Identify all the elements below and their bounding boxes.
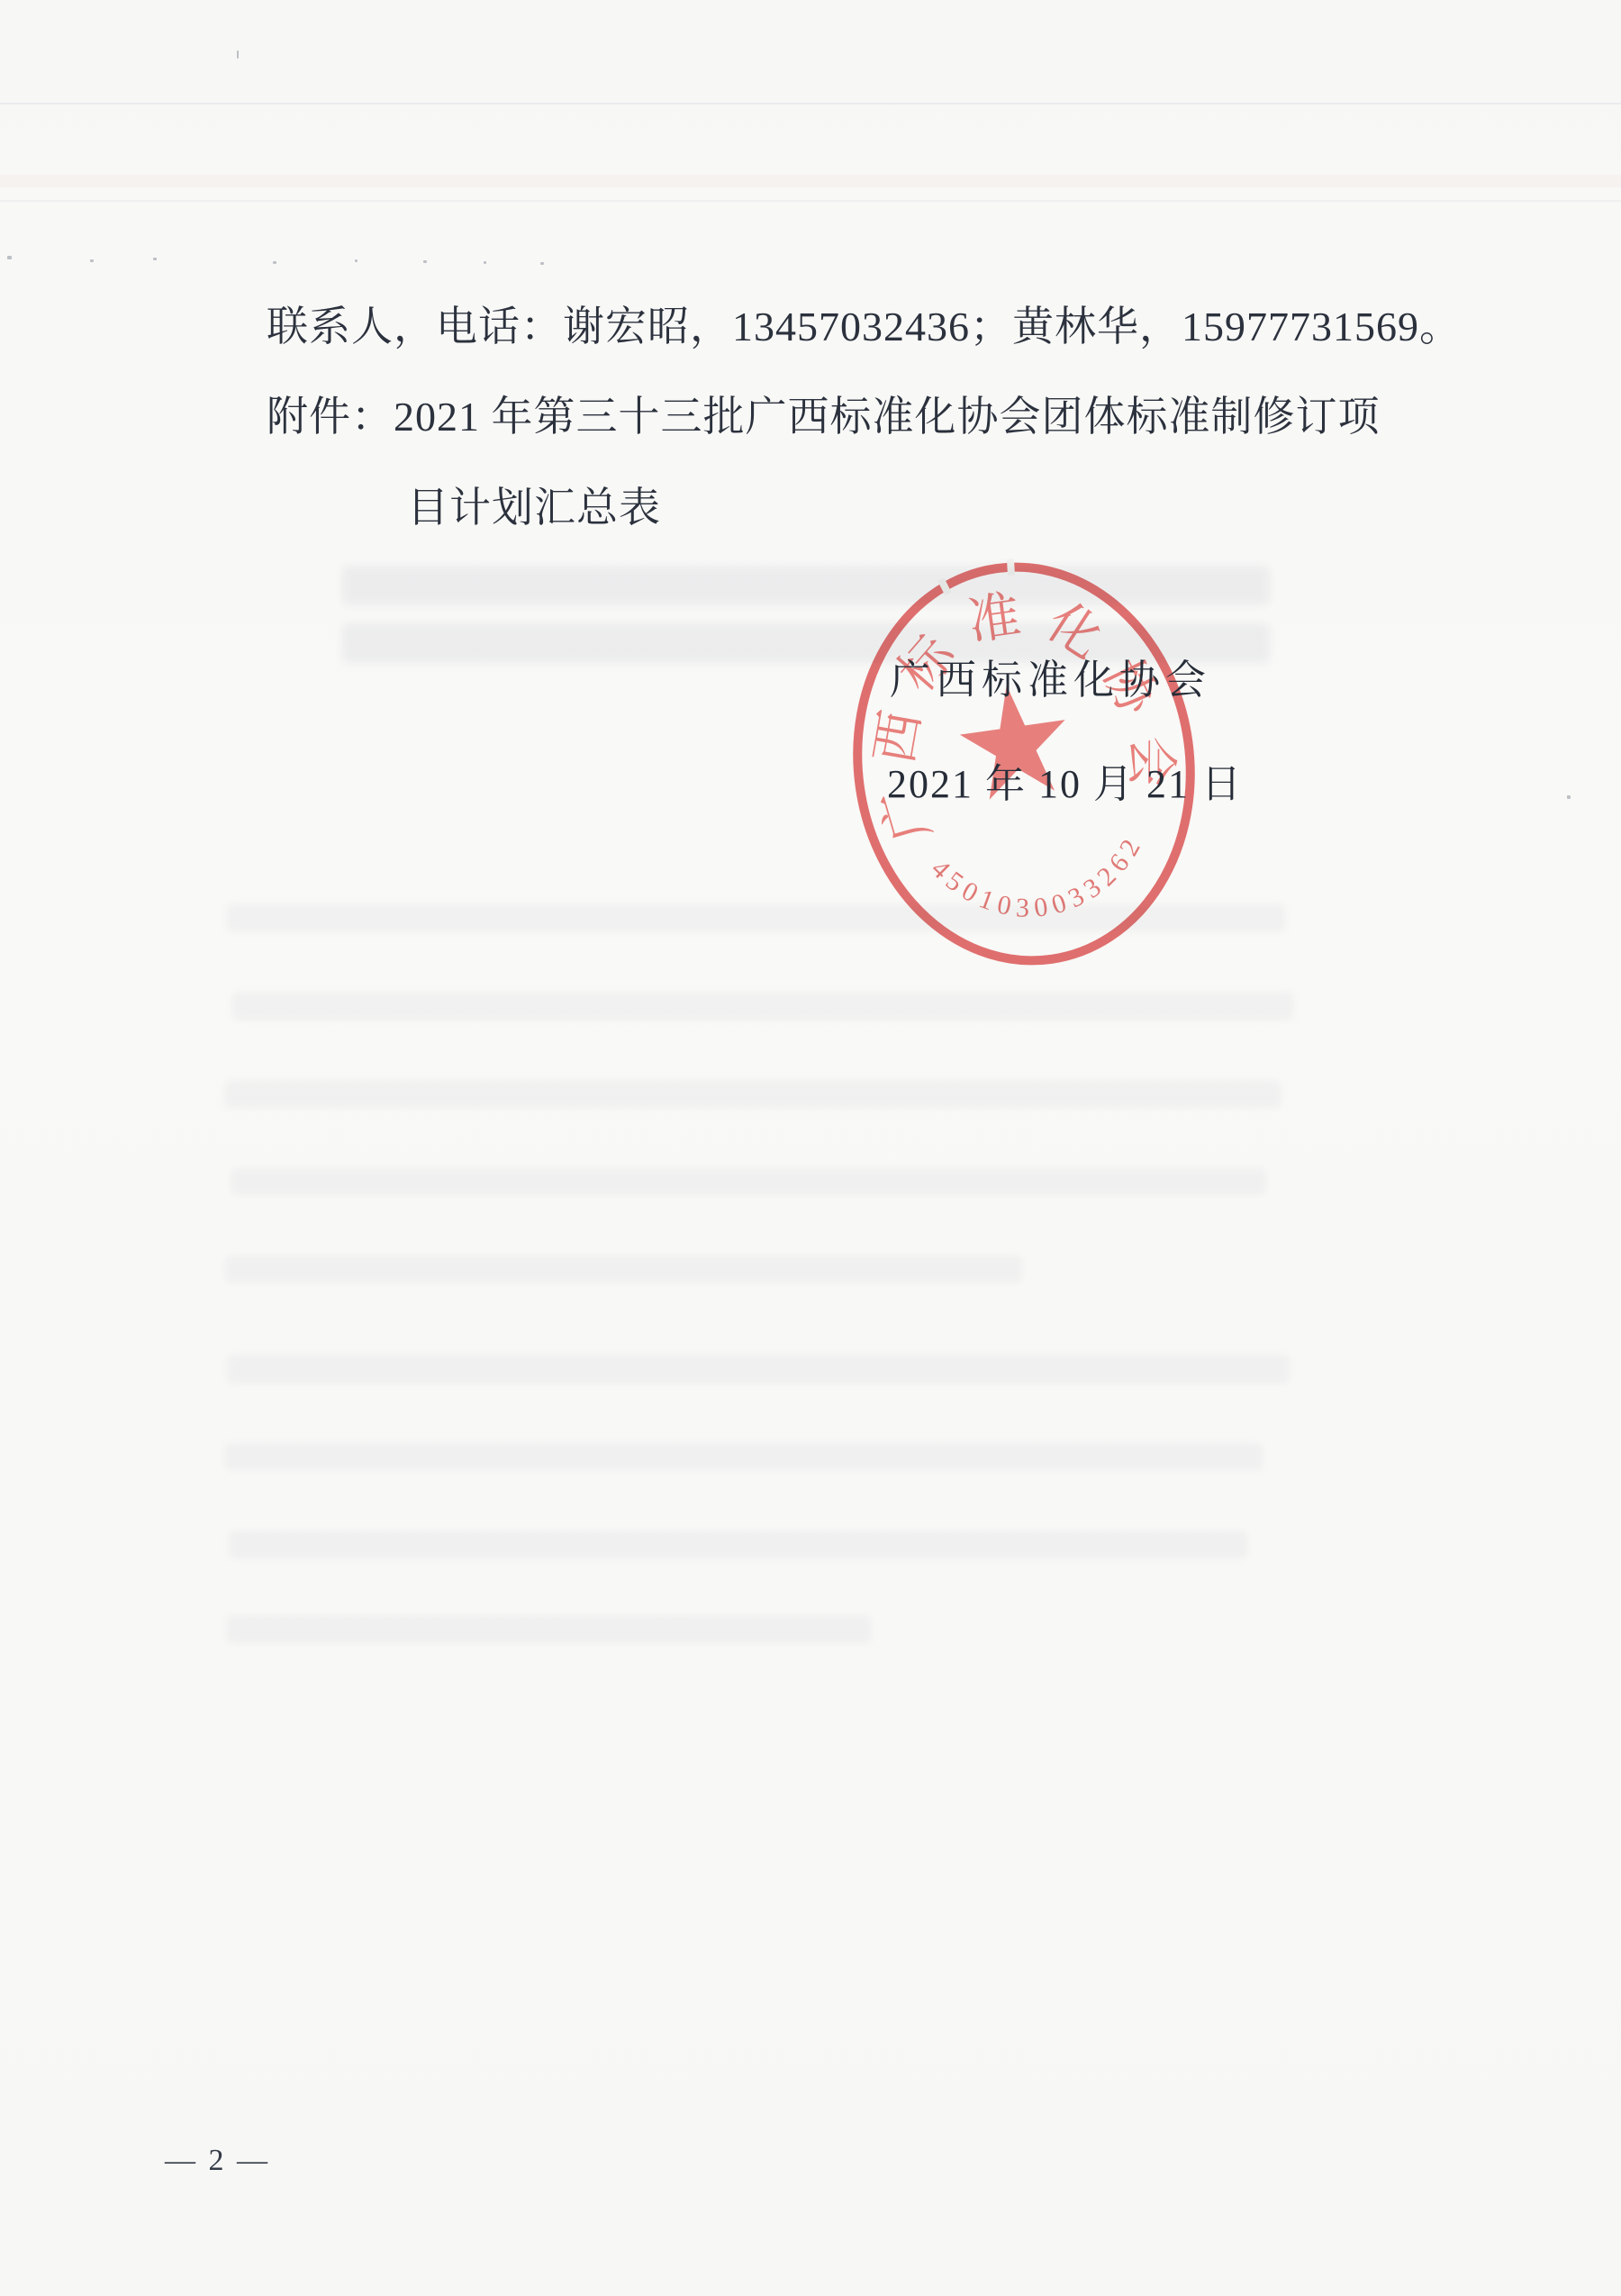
scan-speck xyxy=(153,258,157,260)
bleedthrough-row xyxy=(225,1256,1022,1283)
svg-text:4501030033262: 4501030033262 xyxy=(923,826,1158,938)
scan-speck xyxy=(273,261,276,264)
scanner-hairline xyxy=(0,200,1621,202)
official-seal: 广西标准化协会 4501030033262 xyxy=(772,482,1276,1004)
contact-line: 联系人，电话：谢宏昭，13457032436；黄林华，15977731569。 xyxy=(267,304,1462,350)
bleedthrough-row xyxy=(225,1081,1281,1108)
scanner-hairline xyxy=(0,103,1621,104)
scanned-document-page: 联系人，电话：谢宏昭，13457032436；黄林华，15977731569。 … xyxy=(0,0,1621,2296)
attachment-line-continuation: 目计划汇总表 xyxy=(407,486,661,531)
scan-speck xyxy=(90,259,94,262)
scan-speck xyxy=(1567,795,1571,799)
bleedthrough-row xyxy=(227,1616,871,1643)
bleedthrough-row xyxy=(227,1355,1290,1384)
attachment-line: 附件：2021 年第三十三批广西标准化协会团体标准制修订项 xyxy=(267,395,1381,440)
scan-speck xyxy=(540,262,544,265)
bleedthrough-row xyxy=(231,1168,1266,1195)
page-number: — 2 — xyxy=(165,2144,270,2177)
scan-speck xyxy=(484,261,486,264)
scan-speck xyxy=(7,256,12,259)
seal-serial-number: 4501030033262 xyxy=(923,826,1158,938)
scan-speck xyxy=(355,259,358,262)
bleedthrough-row xyxy=(225,1443,1263,1470)
scan-speck xyxy=(423,260,427,263)
scan-speck xyxy=(237,50,239,59)
signature-date: 2021 年 10 月 21 日 xyxy=(887,763,1243,806)
signature-organization: 广西标准化协会 xyxy=(890,658,1211,703)
seal-ring-notch xyxy=(1007,558,1015,575)
scanner-band xyxy=(0,175,1621,187)
bleedthrough-row xyxy=(230,1531,1247,1558)
